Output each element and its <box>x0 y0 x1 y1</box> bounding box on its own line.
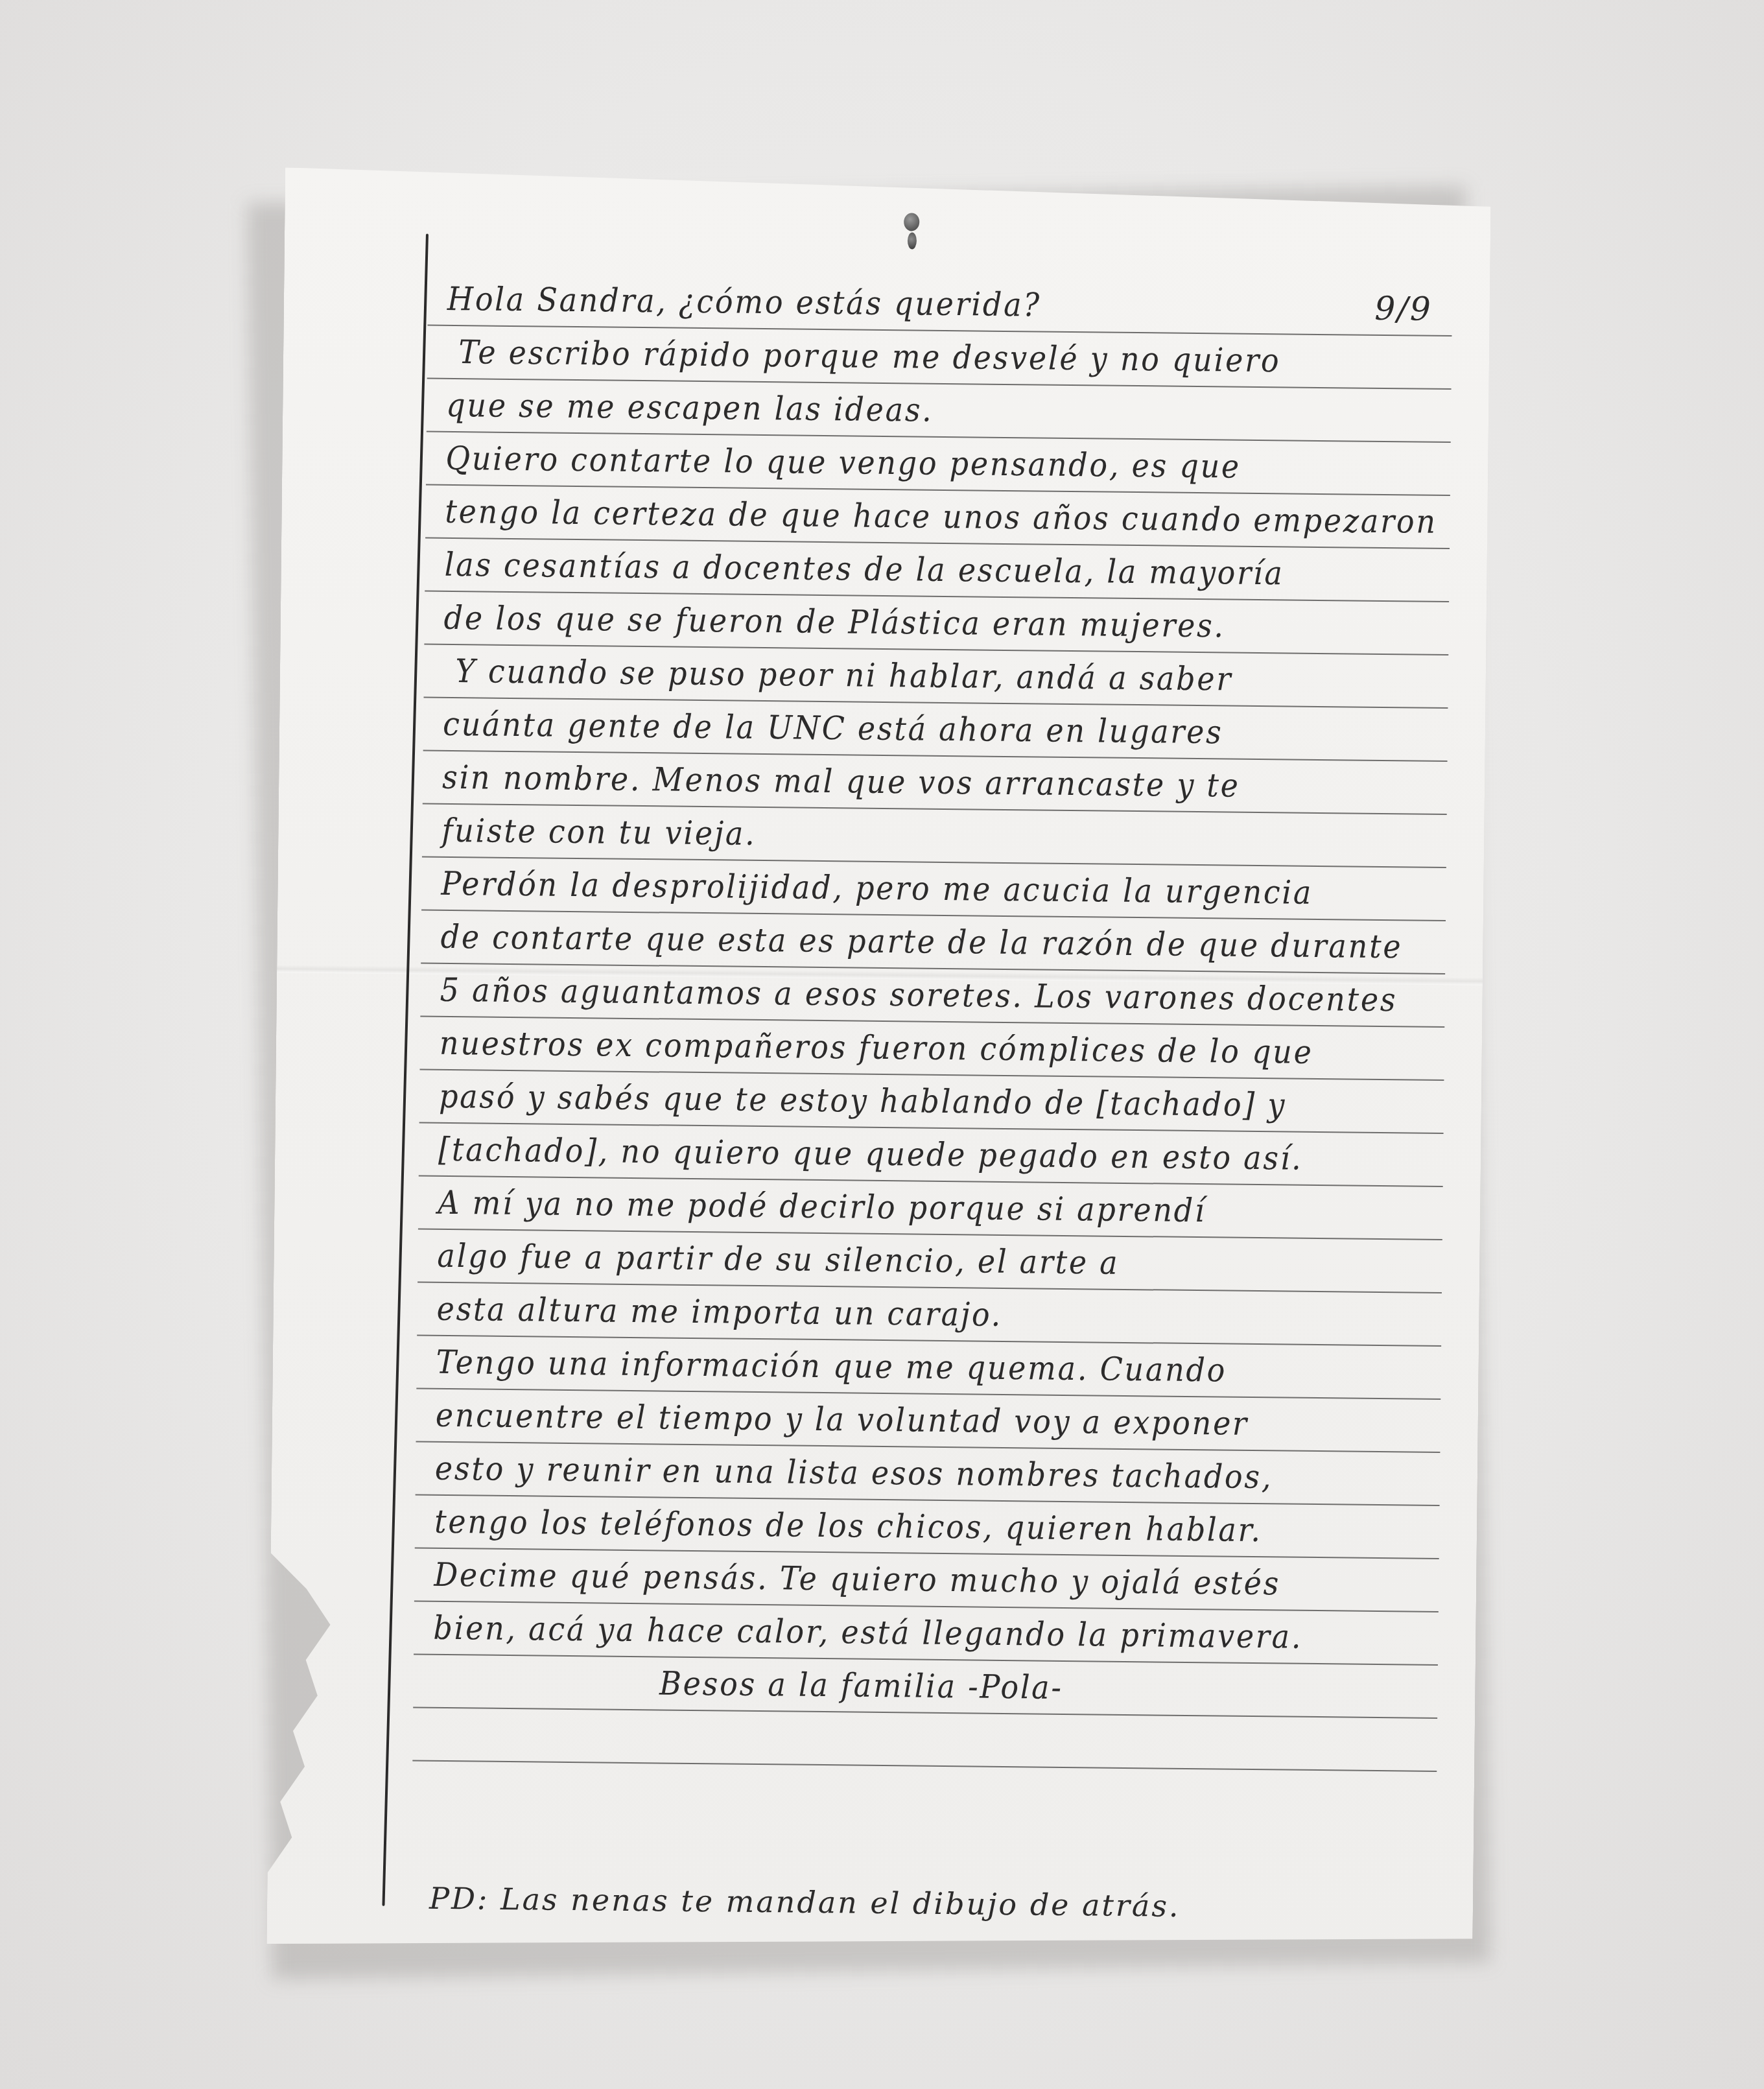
letter-date: 9/9 <box>1374 283 1433 335</box>
empty-ruled-line <box>412 1708 1437 1772</box>
handwritten-letter: Hola Sandra, ¿cómo estás querida? 9/9 Te… <box>266 167 1491 1956</box>
signature: Besos a la familia -Pola- <box>432 1655 1063 1714</box>
push-pin-icon <box>904 213 921 250</box>
letter-body: Hola Sandra, ¿cómo estás querida? 9/9 Te… <box>412 273 1452 1772</box>
greeting-text: Hola Sandra, ¿cómo estás querida? <box>447 273 1042 331</box>
postscript: PD: Las nenas te mandan el dibujo de atr… <box>429 1881 1181 1924</box>
